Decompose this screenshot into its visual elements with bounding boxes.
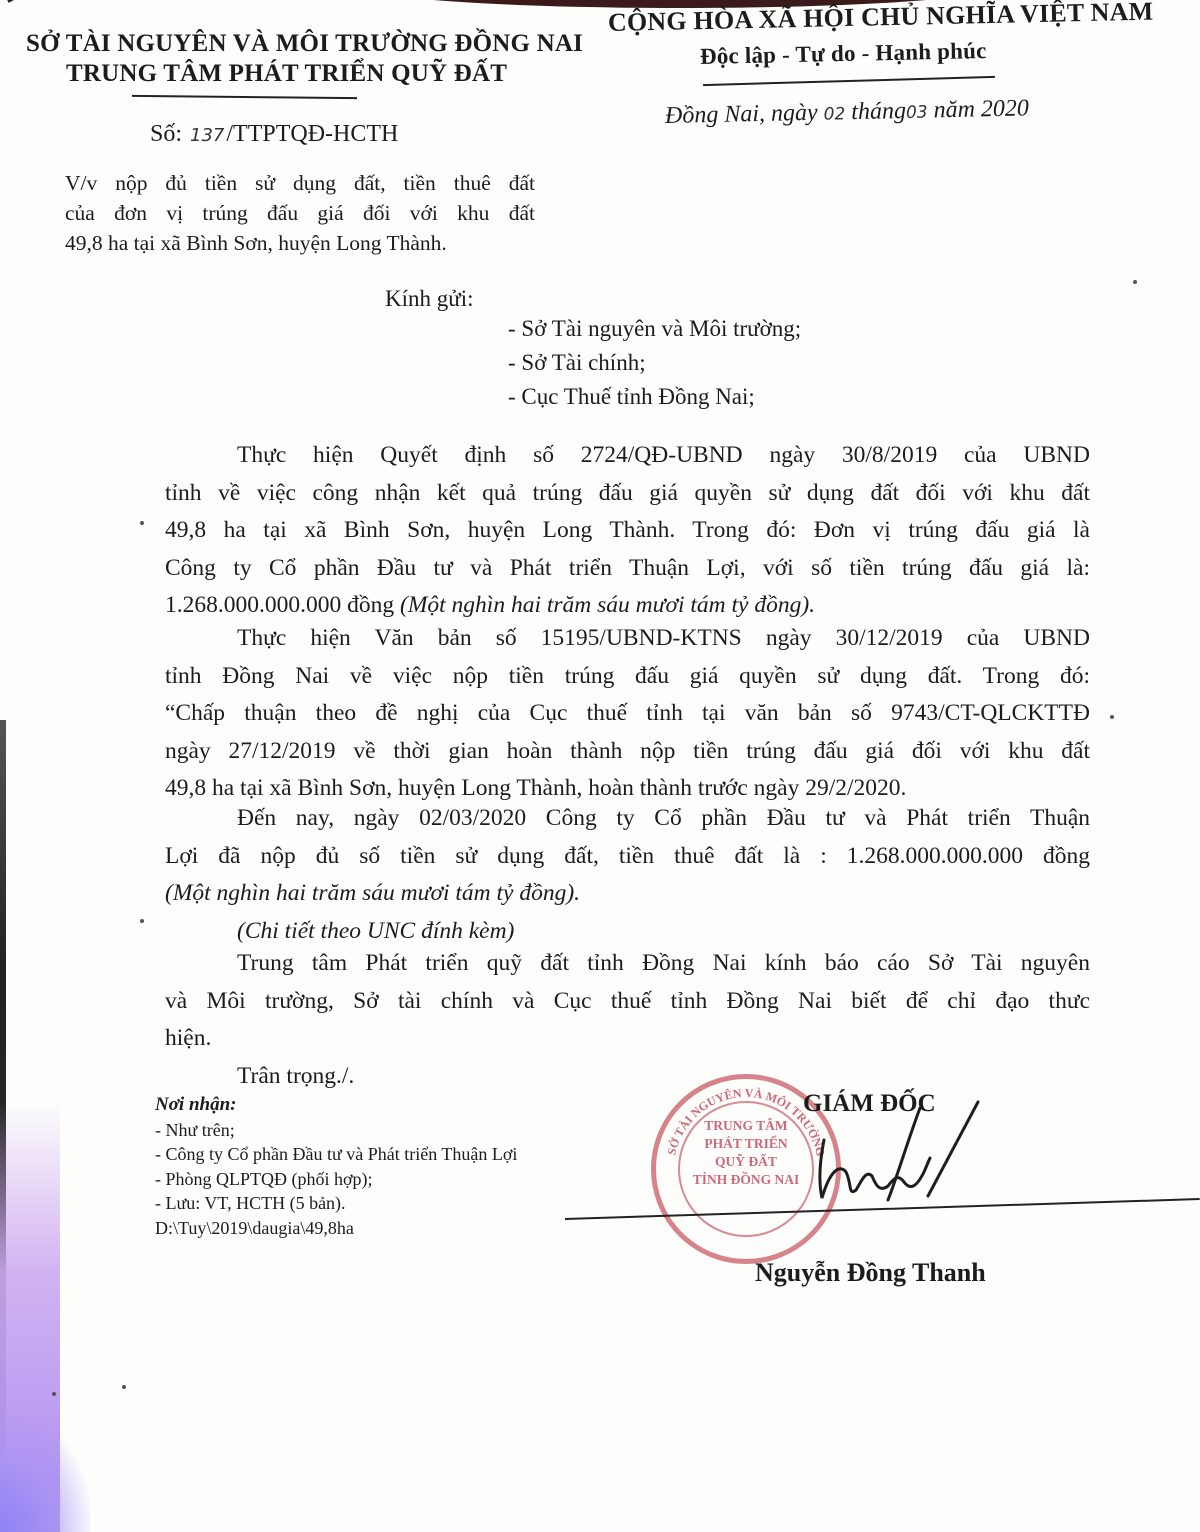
date-day: 02 [823,104,845,124]
file-path: D:\Tuy\2019\daugia\49,8ha [155,1216,517,1241]
addressee-list: - Sở Tài nguyên và Môi trường; - Sở Tài … [508,312,801,414]
amount-in-words: (Một nghìn hai trăm sáu mươi tám tỷ đồng… [400,592,815,618]
addressee-item: - Sở Tài nguyên và Môi trường; [508,312,801,346]
body-paragraph-3: Đến nay, ngày 02/03/2020 Công ty Cổ phần… [165,800,1090,950]
body-line: hiện. [165,1020,1090,1058]
date-month: 03 [906,103,928,123]
document-date: Đồng Nai, ngày 02 tháng03 năm 2020 [665,95,1029,130]
subject-line: của đơn vị trúng đấu giá đối với khu đất [65,198,535,228]
photo-corner-mark [7,0,35,3]
body-line: và Môi trường, Sở tài chính và Cục thuế … [165,983,1090,1021]
body-line: 49,8 ha tại xã Bình Sơn, huyện Long Thàn… [165,512,1090,550]
recipient-item: - Lưu: VT, HCTH (5 bản). [155,1191,517,1216]
body-paragraph-2: Thực hiện Văn bản số 15195/UBND-KTNS ngà… [165,620,1090,808]
doc-number-label: Số: [150,121,182,147]
header-left-underline [132,95,357,99]
speck [52,1392,56,1396]
date-year: năm 2020 [933,95,1029,123]
speck [140,919,144,923]
date-month-label: tháng [851,98,906,125]
signer-name: Nguyễn Đồng Thanh [755,1258,986,1288]
recipients-title: Nơi nhận: [155,1093,517,1118]
unit-name: TRUNG TÂM PHÁT TRIỂN QUỸ ĐẤT [66,60,507,88]
document-page: SỞ TÀI NGUYÊN VÀ MÔI TRƯỜNG ĐỒNG NAI TRU… [0,0,1200,1532]
document-number: Số:137/TTPTQĐ-HCTH [150,121,398,148]
doc-number-suffix: /TTPTQĐ-HCTH [226,121,398,147]
closing: Trân trọng./. [165,1058,1090,1096]
subject-line: V/v nộp đủ tiền sử dụng đất, tiền thuê đ… [65,168,535,198]
recipient-item: - Như trên; [155,1118,517,1143]
speck [140,521,144,525]
recipient-item: - Công ty Cổ phần Đầu tư và Phát triển T… [155,1142,517,1167]
addressee-item: - Sở Tài chính; [508,346,801,380]
body-line: Đến nay, ngày 02/03/2020 Công ty Cổ phần… [165,800,1090,838]
date-prefix: Đồng Nai, ngày [665,100,818,129]
speck [1133,280,1137,284]
body-line: Thực hiện Văn bản số 15195/UBND-KTNS ngà… [165,620,1090,658]
speck [122,1385,126,1389]
addressee-item: - Cục Thuế tỉnh Đồng Nai; [508,380,801,414]
body-line: Thực hiện Quyết định số 2724/QĐ-UBND ngà… [165,437,1090,475]
body-line: “Chấp thuận theo đề nghị của Cục thuế tỉ… [165,695,1090,733]
body-line: Trung tâm Phát triển quỹ đất tỉnh Đồng N… [165,945,1090,983]
body-line: Công ty Cổ phần Đầu tư và Phát triển Thu… [165,550,1090,588]
amount-in-words: (Một nghìn hai trăm sáu mươi tám tỷ đồng… [165,875,1090,913]
body-paragraph-4: Trung tâm Phát triển quỹ đất tỉnh Đồng N… [165,945,1090,1095]
amount: 1.268.000.000.000 đồng [165,592,394,618]
subject-line: 49,8 ha tại xã Bình Sơn, huyện Long Thàn… [65,228,535,258]
speck [1110,715,1114,719]
body-line: tỉnh về việc công nhận kết quả trúng đấu… [165,475,1090,513]
nation-title: CỘNG HÒA XÃ HỘI CHỦ NGHĨA VIỆT NAM [608,0,1154,38]
body-line: tỉnh Đồng Nai về việc nộp tiền trúng đấu… [165,658,1090,696]
recipient-item: - Phòng QLPTQĐ (phối hợp); [155,1167,517,1192]
header-right-underline [703,76,995,86]
addressee-label: Kính gửi: [385,286,474,312]
handwritten-signature [800,1100,1000,1210]
body-line: Lợi đã nộp đủ số tiền sử dụng đất, tiền … [165,838,1090,876]
agency-name: SỞ TÀI NGUYÊN VÀ MÔI TRƯỜNG ĐỒNG NAI [26,30,583,58]
body-line: 1.268.000.000.000 đồng (Một nghìn hai tr… [165,587,1090,625]
body-paragraph-1: Thực hiện Quyết định số 2724/QĐ-UBND ngà… [165,437,1090,625]
body-line: ngày 27/12/2019 về thời gian hoàn thành … [165,733,1090,771]
doc-number-handwritten: 137 [190,125,224,146]
nation-motto: Độc lập - Tự do - Hạnh phúc [700,38,987,70]
recipients-block: Nơi nhận: - Như trên; - Công ty Cổ phần … [155,1093,517,1240]
photo-light-corner [0,1412,90,1532]
subject-block: V/v nộp đủ tiền sử dụng đất, tiền thuê đ… [65,168,535,258]
